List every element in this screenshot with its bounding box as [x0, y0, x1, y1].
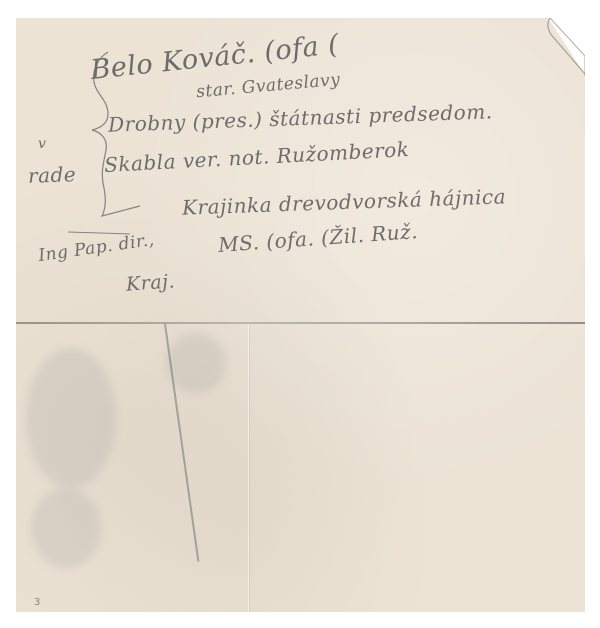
smudge-mark — [166, 333, 226, 393]
smudge-mark — [26, 348, 116, 488]
margin-note-v: v — [38, 136, 46, 152]
page-number: 3 — [34, 597, 40, 608]
smudge-mark — [31, 488, 101, 568]
margin-note-rade: rade — [28, 162, 77, 188]
vertical-fold-crease — [248, 324, 249, 612]
handwritten-line-8: Kraj. — [125, 270, 175, 295]
horizontal-fold-crease — [16, 322, 585, 324]
